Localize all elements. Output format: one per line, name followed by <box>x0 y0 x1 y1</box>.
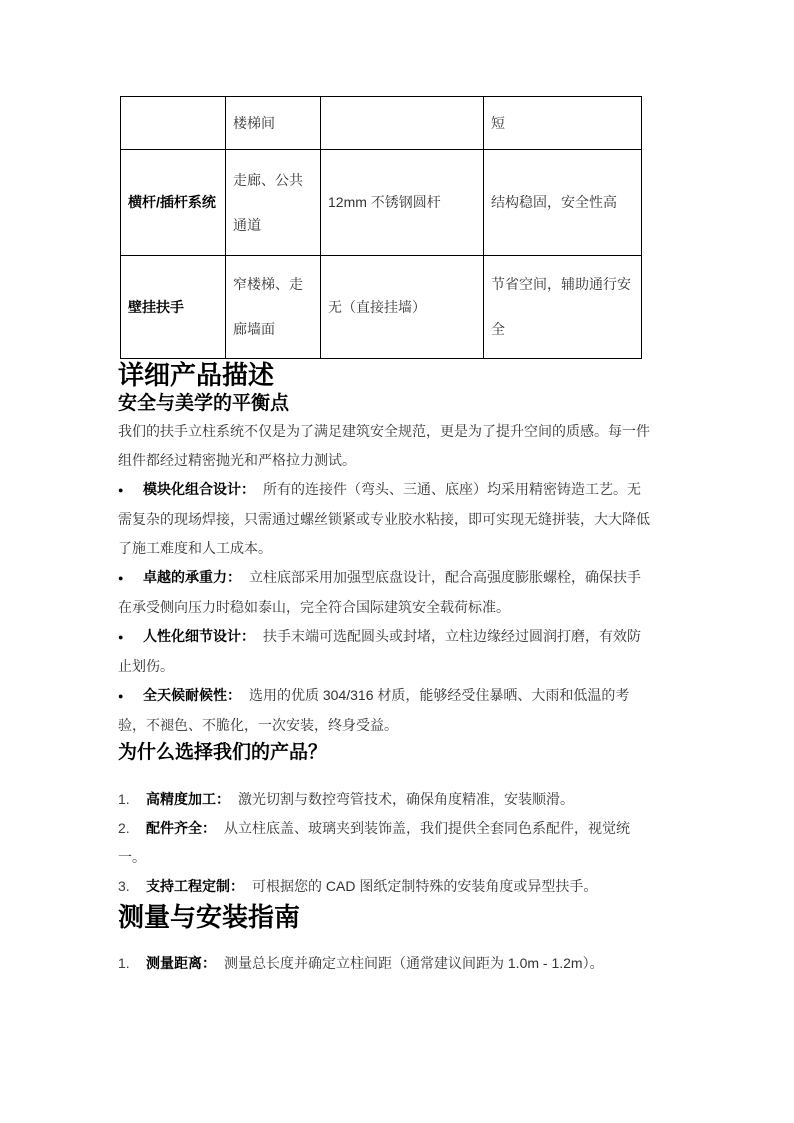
numbered-item-accessories: 2.配件齐全：从立柱底盖、玻璃夹到装饰盖，我们提供全套同色系配件，视觉统一。 <box>118 814 652 872</box>
numbered-list-install: 1.测量距离：测量总长度并确定立柱间距（通常建议间距为 1.0m - 1.2m）… <box>118 949 652 978</box>
item-number: 1. <box>118 785 146 814</box>
item-number: 3. <box>118 872 146 901</box>
bullet-icon: ● <box>118 564 143 593</box>
item-label: 配件齐全： <box>146 820 216 836</box>
table-cell-row3-feature: 节省空间，辅助通行安全 <box>484 256 642 359</box>
table-row: 横杆/插杆系统 走廊、公共通道 12mm 不锈钢圆杆 结构稳固，安全性高 <box>121 150 642 256</box>
heading-safety-aesthetics: 安全与美学的平衡点 <box>118 391 652 417</box>
table-cell-row1-feature: 短 <box>484 97 642 150</box>
item-text: 测量总长度并确定立柱间距（通常建议间距为 1.0m - 1.2m）。 <box>224 955 604 971</box>
heading-product-description: 详细产品描述 <box>118 359 652 391</box>
item-text: 可根据您的 CAD 图纸定制特殊的安装角度或异型扶手。 <box>252 878 597 894</box>
numbered-item-measure-distance: 1.测量距离：测量总长度并确定立柱间距（通常建议间距为 1.0m - 1.2m）… <box>118 949 652 978</box>
intro-paragraph: 我们的扶手立柱系统不仅是为了满足建筑安全规范，更是为了提升空间的质感。每一件组件… <box>118 417 652 475</box>
bullet-label: 人性化细节设计： <box>143 628 255 644</box>
bullet-icon: ● <box>118 476 143 505</box>
item-label: 支持工程定制： <box>146 878 244 894</box>
bullet-item-humanized-detail: ●人性化细节设计：扶手末端可选配圆头或封堵，立柱边缘经过圆润打磨，有效防止划伤。 <box>118 622 652 681</box>
bullet-label: 模块化组合设计： <box>143 481 255 497</box>
heading-measure-install-guide: 测量与安装指南 <box>118 901 652 933</box>
item-text: 激光切割与数控弯管技术，确保角度精准，安装顺滑。 <box>238 791 574 807</box>
table-cell-row2-feature: 结构稳固，安全性高 <box>484 150 642 256</box>
item-label: 高精度加工： <box>146 791 230 807</box>
document-body: 详细产品描述 安全与美学的平衡点 我们的扶手立柱系统不仅是为了满足建筑安全规范，… <box>118 359 652 978</box>
bullet-label: 全天候耐候性： <box>143 687 241 703</box>
table-cell-row2-scene: 走廊、公共通道 <box>226 150 321 256</box>
numbered-list-why: 1.高精度加工：激光切割与数控弯管技术，确保角度精准，安装顺滑。 2.配件齐全：… <box>118 785 652 901</box>
bullet-icon: ● <box>118 623 143 652</box>
numbered-item-precision: 1.高精度加工：激光切割与数控弯管技术，确保角度精准，安装顺滑。 <box>118 785 652 814</box>
heading-why-choose-us: 为什么选择我们的产品？ <box>118 740 652 766</box>
table-cell-row1-fill <box>321 97 484 150</box>
bullet-item-modular: ●模块化组合设计：所有的连接件（弯头、三通、底座）均采用精密铸造工艺。无需复杂的… <box>118 475 652 563</box>
table-row: 楼梯间 短 <box>121 97 642 150</box>
table-row: 壁挂扶手 窄楼梯、走廊墙面 无（直接挂墙） 节省空间，辅助通行安全 <box>121 256 642 359</box>
bullet-label: 卓越的承重力： <box>143 569 241 585</box>
table-cell-row2-type: 横杆/插杆系统 <box>121 150 226 256</box>
item-label: 测量距离： <box>146 955 216 971</box>
table-cell-row1-type <box>121 97 226 150</box>
table-cell-row3-type: 壁挂扶手 <box>121 256 226 359</box>
bullet-item-weather-resistant: ●全天候耐候性：选用的优质 304/316 材质，能够经受住暴晒、大雨和低温的考… <box>118 681 652 740</box>
table-cell-row3-scene: 窄楼梯、走廊墙面 <box>226 256 321 359</box>
bullet-item-load-bearing: ●卓越的承重力：立柱底部采用加强型底盘设计，配合高强度膨胀螺栓，确保扶手在承受侧… <box>118 563 652 622</box>
table-cell-row3-fill: 无（直接挂墙） <box>321 256 484 359</box>
numbered-item-customization: 3.支持工程定制：可根据您的 CAD 图纸定制特殊的安装角度或异型扶手。 <box>118 872 652 901</box>
product-comparison-table: 楼梯间 短 横杆/插杆系统 走廊、公共通道 12mm 不锈钢圆杆 结构稳固，安全… <box>120 96 642 359</box>
document-page: 楼梯间 短 横杆/插杆系统 走廊、公共通道 12mm 不锈钢圆杆 结构稳固，安全… <box>0 0 794 1123</box>
table-cell-row1-scene: 楼梯间 <box>226 97 321 150</box>
table-cell-row2-fill: 12mm 不锈钢圆杆 <box>321 150 484 256</box>
item-number: 1. <box>118 949 146 978</box>
bullet-icon: ● <box>118 682 143 711</box>
item-number: 2. <box>118 814 146 843</box>
